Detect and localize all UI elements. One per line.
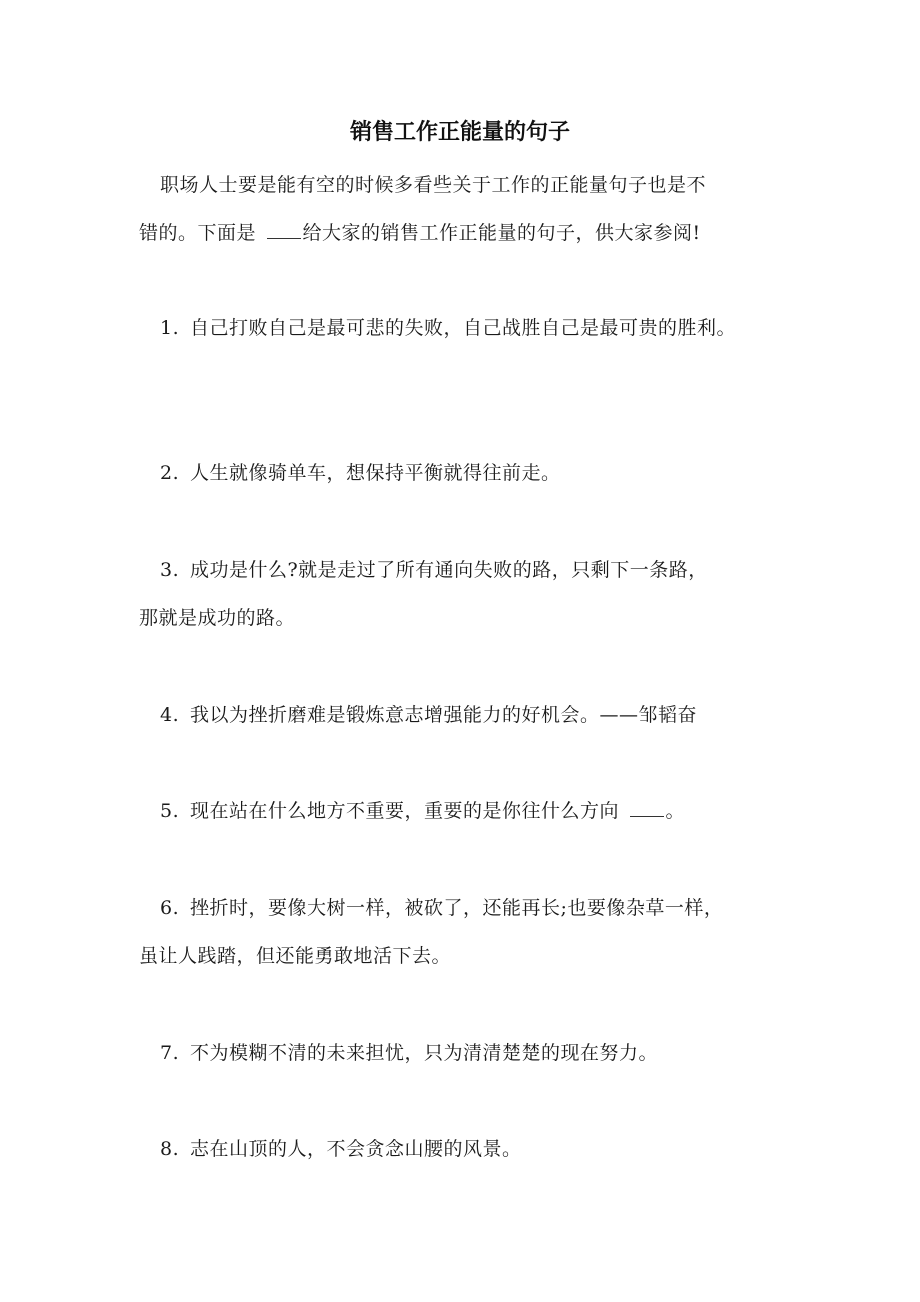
- list-item-8: 8.志在山顶的人，不会贪念山腰的风景。: [160, 1136, 522, 1162]
- item-number: 3.: [160, 557, 190, 583]
- intro-line-2: 错的。下面是 给大家的销售工作正能量的句子，供大家参阅!: [139, 220, 701, 246]
- list-item-4: 4.我以为挫折磨难是锻炼意志增强能力的好机会。——邹韬奋: [160, 702, 697, 728]
- fill-in-blank: [267, 220, 301, 239]
- item-number: 1.: [160, 315, 190, 341]
- item-number: 4.: [160, 702, 190, 728]
- document-title: 销售工作正能量的句子: [0, 118, 920, 148]
- item-number: 5.: [160, 798, 190, 824]
- item-text: 志在山顶的人，不会贪念山腰的风景。: [190, 1138, 522, 1160]
- item-text: 不为模糊不清的未来担忧，只为清清楚楚的现在努力。: [190, 1042, 658, 1064]
- list-item-6: 6.挫折时，要像大树一样，被砍了，还能再长;也要像杂草一样，: [160, 895, 723, 921]
- item-text: 成功是什么?就是走过了所有通向失败的路，只剩下一条路，: [190, 559, 708, 581]
- item-text: 自己打败自己是最可悲的失败，自己战胜自己是最可贵的胜利。: [190, 317, 736, 339]
- item-text-before-blank: 现在站在什么地方不重要，重要的是你往什么方向: [190, 800, 626, 822]
- list-item-1: 1.自己打败自己是最可悲的失败，自己战胜自己是最可贵的胜利。: [160, 315, 736, 341]
- item-text: 挫折时，要像大树一样，被砍了，还能再长;也要像杂草一样，: [190, 897, 723, 919]
- intro-line-1: 职场人士要是能有空的时候多看些关于工作的正能量句子也是不: [160, 172, 706, 198]
- list-item-6-continuation: 虽让人践踏，但还能勇敢地活下去。: [139, 943, 451, 969]
- item-text: 人生就像骑单车，想保持平衡就得往前走。: [190, 462, 561, 484]
- item-number: 8.: [160, 1136, 190, 1162]
- item-number: 6.: [160, 895, 190, 921]
- list-item-2: 2.人生就像骑单车，想保持平衡就得往前走。: [160, 460, 561, 486]
- document-page: 销售工作正能量的句子 职场人士要是能有空的时候多看些关于工作的正能量句子也是不 …: [0, 0, 920, 1302]
- item-text-after-blank: 。: [666, 800, 686, 822]
- list-item-7: 7.不为模糊不清的未来担忧，只为清清楚楚的现在努力。: [160, 1040, 658, 1066]
- item-number: 7.: [160, 1040, 190, 1066]
- fill-in-blank: [630, 798, 664, 817]
- list-item-3: 3.成功是什么?就是走过了所有通向失败的路，只剩下一条路，: [160, 557, 708, 583]
- intro-text-before-blank: 错的。下面是: [139, 222, 263, 244]
- list-item-5: 5.现在站在什么地方不重要，重要的是你往什么方向 。: [160, 798, 685, 824]
- item-text: 我以为挫折磨难是锻炼意志增强能力的好机会。——邹韬奋: [190, 704, 697, 726]
- list-item-3-continuation: 那就是成功的路。: [139, 605, 295, 631]
- item-number: 2.: [160, 460, 190, 486]
- intro-text-after-blank: 给大家的销售工作正能量的句子，供大家参阅!: [303, 222, 701, 244]
